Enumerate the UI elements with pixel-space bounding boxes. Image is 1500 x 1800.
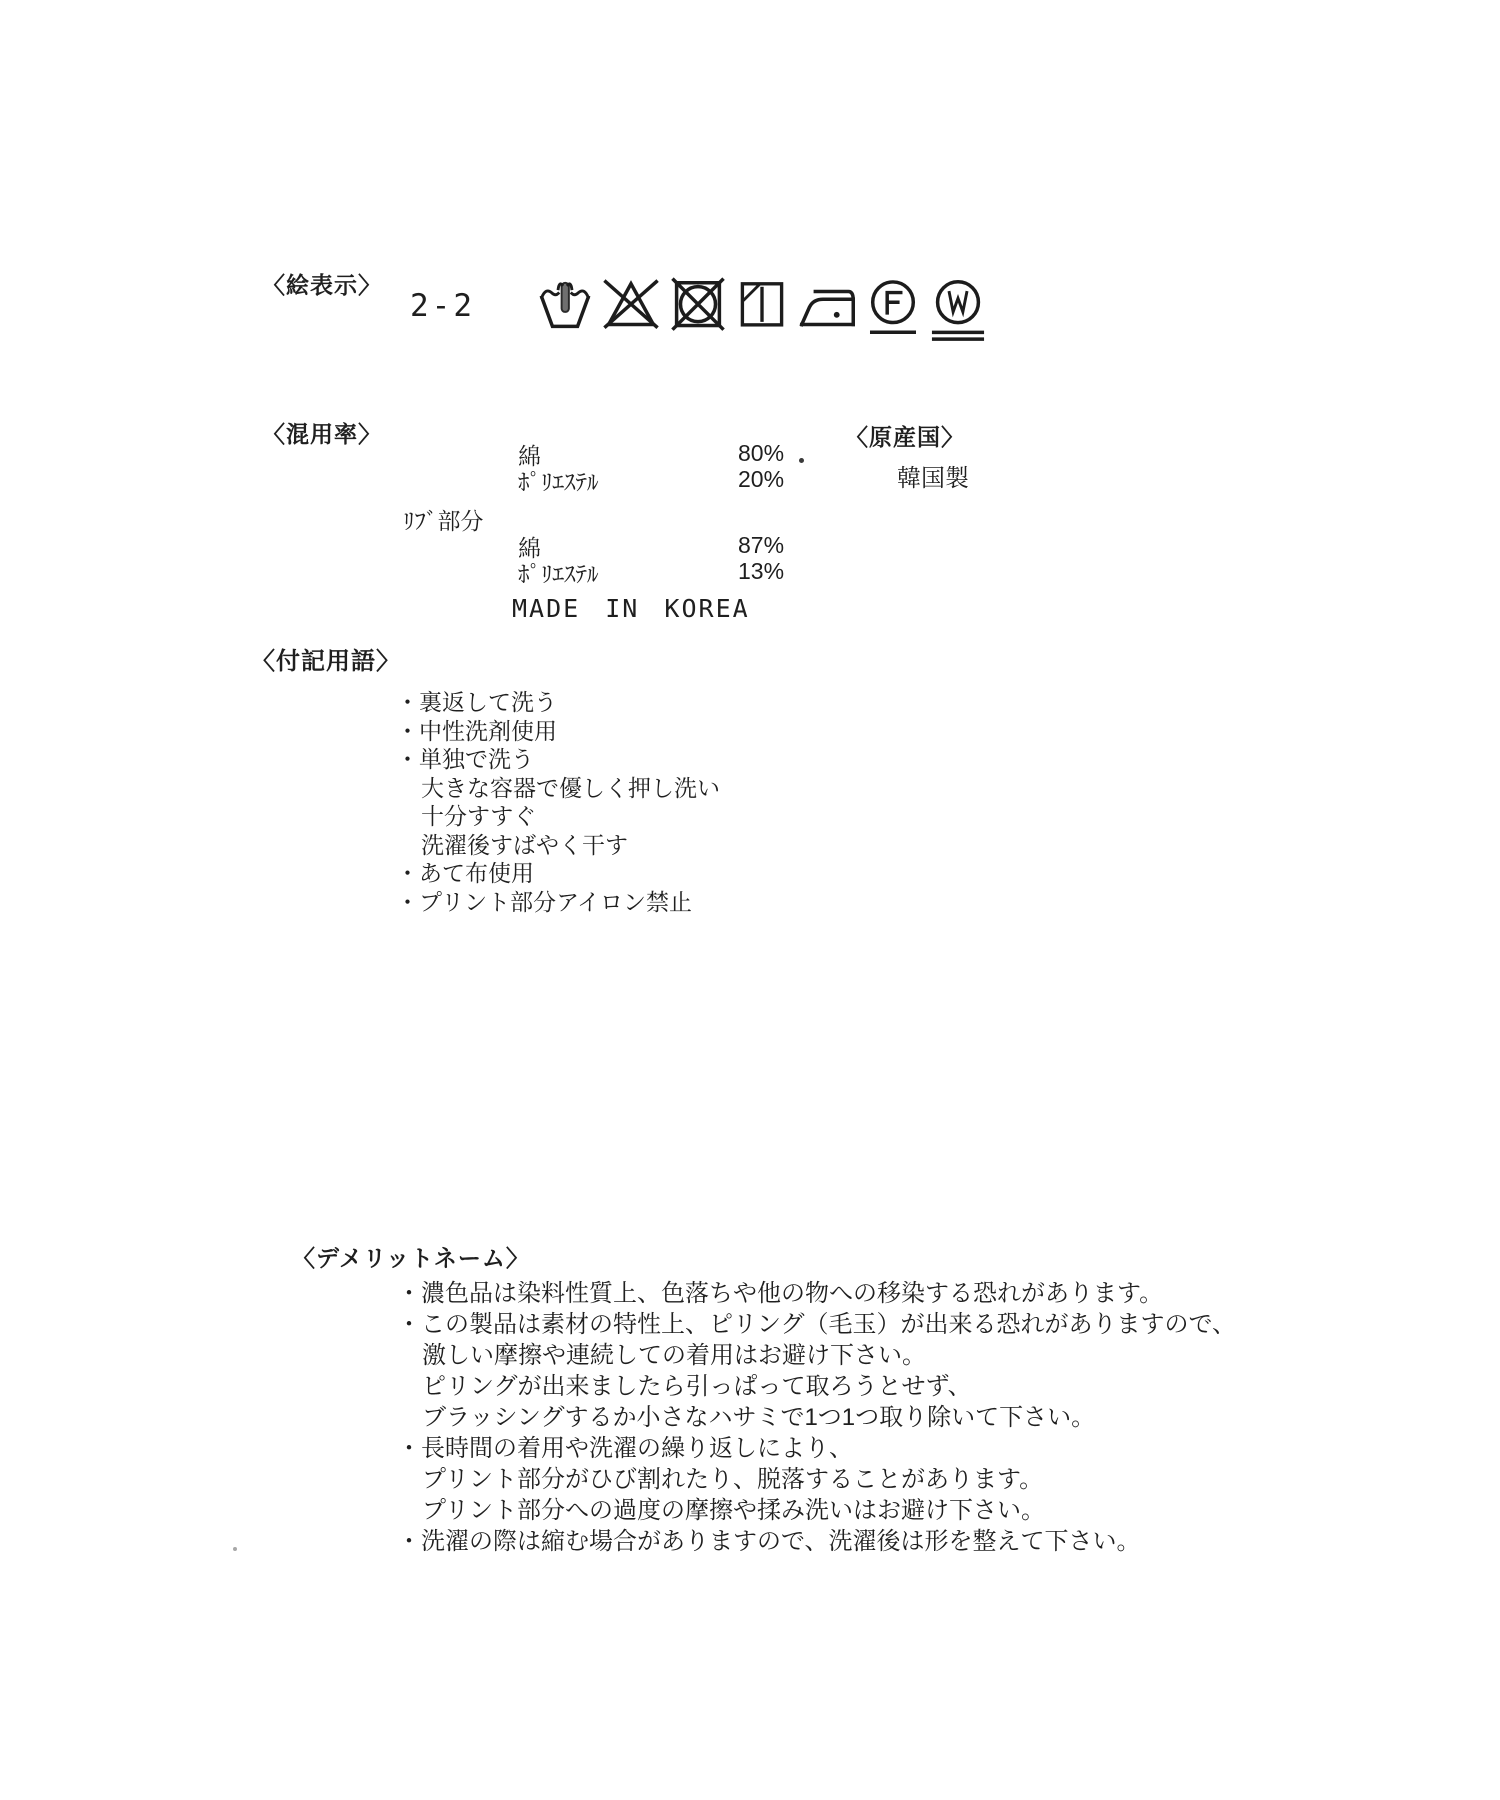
note-item: 大きな容器で優しく押し洗い — [396, 774, 720, 803]
demerit-list: ・濃色品は染料性質上、色落ちや他の物への移染する恐れがあります。 ・この製品は素… — [397, 1278, 1236, 1557]
origin-country-value: 韓国製 — [897, 458, 969, 493]
care-code: 2-2 — [410, 288, 475, 324]
made-in-label: MADE IN KOREA — [512, 594, 750, 623]
demerit-item: プリント部分への過度の摩擦や揉み洗いはお避け下さい。 — [397, 1495, 1236, 1526]
demerit-item: ピリングが出来ましたら引っぱって取ろうとせず、 — [397, 1371, 1236, 1402]
note-item: ・あて布使用 — [396, 859, 720, 888]
symbols-section-heading: 〈絵表示〉 — [262, 267, 382, 300]
notes-section-heading: 〈付記用語〉 — [251, 641, 401, 676]
noise-dot — [233, 1547, 237, 1551]
note-item: 洗濯後すばやく干す — [396, 831, 720, 860]
dry-clean-petroleum-gentle-icon — [864, 274, 922, 344]
note-item: 十分すすぐ — [396, 802, 720, 831]
note-item: ・裏返して洗う — [396, 688, 720, 717]
note-item: ・プリント部分アイロン禁止 — [396, 888, 720, 917]
wet-clean-very-gentle-icon — [928, 274, 988, 344]
composition-section-heading: 〈混用率〉 — [262, 416, 382, 449]
material-name: ﾎﾟﾘｴｽﾃﾙ — [518, 464, 599, 497]
notes-list: ・裏返して洗う ・中性洗剤使用 ・単独で洗う 大きな容器で優しく押し洗い 十分す… — [396, 688, 720, 916]
demerit-item: ・この製品は素材の特性上、ピリング（毛玉）が出来る恐れがありますので、 — [397, 1309, 1236, 1340]
origin-section-heading: 〈原産国〉 — [845, 419, 965, 452]
care-symbols-row — [536, 274, 988, 344]
material-percent: 20% — [738, 466, 784, 493]
demerit-item: ・長時間の着用や洗濯の繰り返しにより、 — [397, 1433, 1236, 1464]
note-item: ・単独で洗う — [396, 745, 720, 774]
no-bleach-icon — [600, 274, 662, 344]
rib-part-label: ﾘﾌﾞ部分 — [403, 503, 484, 536]
noise-dot — [799, 458, 804, 463]
demerit-item: 激しい摩擦や連続しての着用はお避け下さい。 — [397, 1340, 1236, 1371]
care-label-document: 〈絵表示〉 2-2 — [0, 0, 1500, 1800]
demerit-item: ・濃色品は染料性質上、色落ちや他の物への移染する恐れがあります。 — [397, 1278, 1236, 1309]
material-percent: 80% — [738, 440, 784, 467]
demerit-item: ブラッシングするか小さなハサミで1つ1つ取り除いて下さい。 — [397, 1402, 1236, 1433]
demerit-item: プリント部分がひび割れたり、脱落することがあります。 — [397, 1464, 1236, 1495]
material-name: ﾎﾟﾘｴｽﾃﾙ — [518, 556, 599, 589]
demerit-item: ・洗濯の際は縮む場合がありますので、洗濯後は形を整えて下さい。 — [397, 1526, 1236, 1557]
material-percent: 87% — [738, 532, 784, 559]
demerit-section-heading: 〈デメリットネーム〉 — [292, 1240, 530, 1273]
shade-hang-dry-icon — [734, 274, 790, 344]
no-tumble-dry-icon — [668, 274, 728, 344]
iron-low-heat-icon — [796, 274, 858, 344]
hand-wash-icon — [536, 274, 594, 344]
material-percent: 13% — [738, 558, 784, 585]
note-item: ・中性洗剤使用 — [396, 717, 720, 746]
